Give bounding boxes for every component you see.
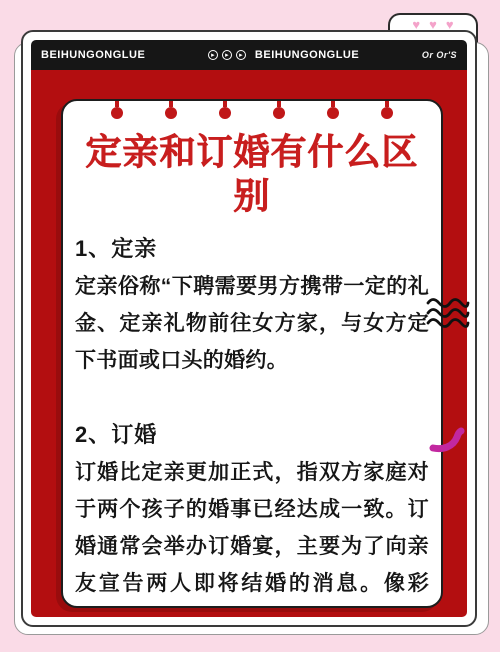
play-icon: ▸	[236, 50, 246, 60]
magenta-swoosh-icon	[429, 423, 467, 455]
section-dingqin: 1、定亲 定亲俗称“下聘需要男方携带一定的礼金、定亲礼物前往女方家，与女方定下书…	[75, 235, 429, 379]
play-icon: ▸	[222, 50, 232, 60]
binder-dot	[165, 101, 177, 121]
section-body: 订婚比定亲更加正式，指双方家庭对于两个孩子的婚事已经达成一致。订婚通常会举办订婚…	[75, 454, 429, 608]
page-title: 定亲和订婚有什么区别	[75, 130, 429, 218]
binder-dot	[111, 101, 123, 121]
content-card: 定亲和订婚有什么区别 1、定亲 定亲俗称“下聘需要男方携带一定的礼金、定亲礼物前…	[61, 99, 443, 608]
section-dinghun: 2、订婚 订婚比定亲更加正式，指双方家庭对于两个孩子的婚事已经达成一致。订婚通常…	[75, 421, 429, 608]
squiggle-lines-icon	[426, 296, 470, 332]
play-icon: ▸	[208, 50, 218, 60]
play-icons-group: ▸ ▸ ▸	[208, 50, 246, 60]
outer-frame: BEIHUNGONGLUE ▸ ▸ ▸ BEIHUNGONGLUE Or Or'…	[21, 30, 477, 627]
section-heading: 1、定亲	[75, 235, 429, 263]
header-bar: BEIHUNGONGLUE ▸ ▸ ▸ BEIHUNGONGLUE Or Or'…	[31, 40, 467, 70]
binder-dot	[327, 101, 339, 121]
section-heading: 2、订婚	[75, 421, 429, 449]
brand-left: BEIHUNGONGLUE	[41, 49, 145, 61]
red-background-panel: 定亲和订婚有什么区别 1、定亲 定亲俗称“下聘需要男方携带一定的礼金、定亲礼物前…	[31, 70, 467, 617]
brand-center: BEIHUNGONGLUE	[255, 49, 359, 61]
binder-dots	[75, 101, 429, 121]
header-center: ▸ ▸ ▸ BEIHUNGONGLUE	[208, 49, 359, 61]
binder-dot	[219, 101, 231, 121]
poster-page: ♥ ♥ ♥ BEIHUNGONGLUE ▸ ▸ ▸ BEIHUNGONGLUE …	[0, 0, 500, 652]
section-body: 定亲俗称“下聘需要男方携带一定的礼金、定亲礼物前往女方家，与女方定下书面或口头的…	[75, 268, 429, 379]
binder-dot	[381, 101, 393, 121]
logo-mark: Or Or'S	[422, 50, 457, 60]
binder-dot	[273, 101, 285, 121]
